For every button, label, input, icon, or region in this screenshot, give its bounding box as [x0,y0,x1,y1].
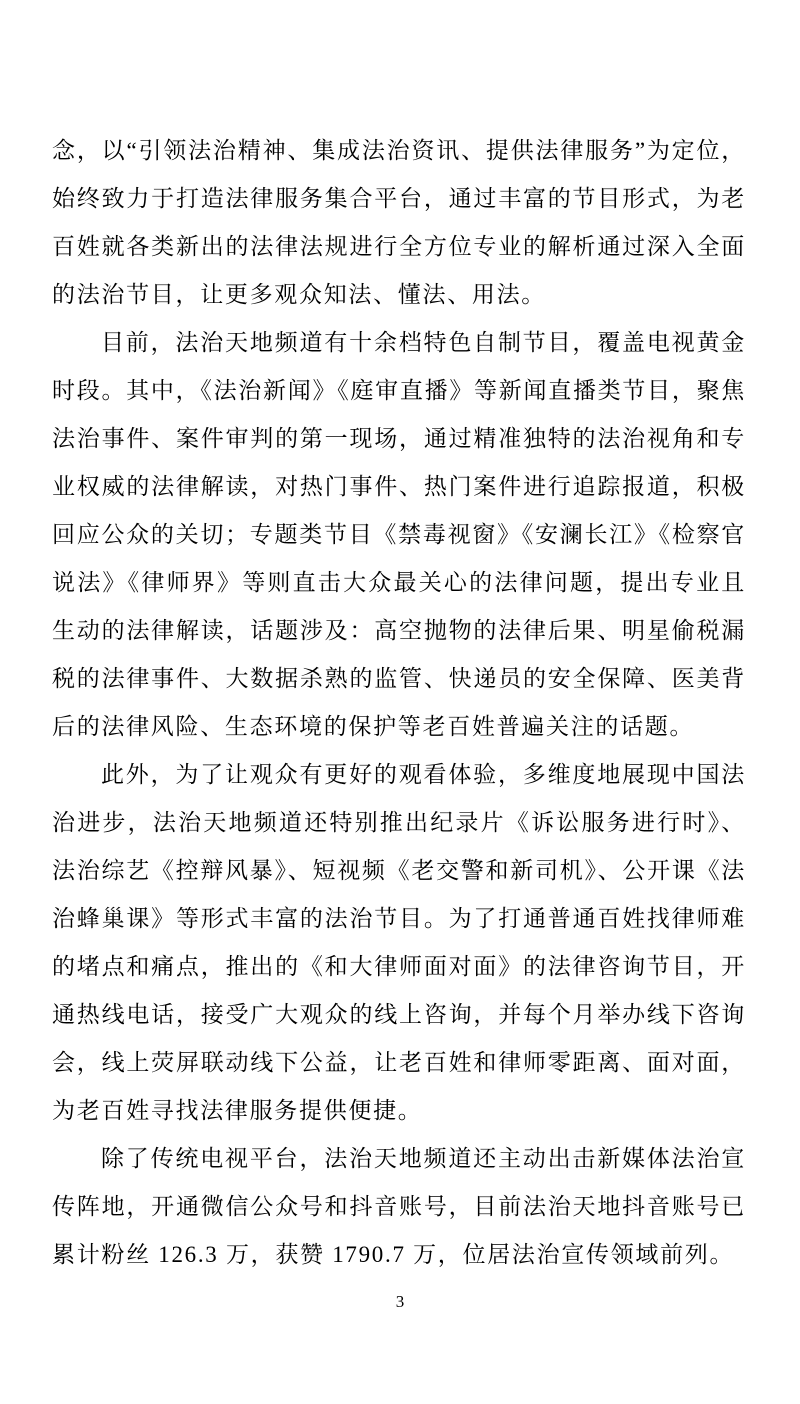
document-body: 念，以“引领法治精神、集成法治资讯、提供法律服务”为定位，始终致力于打造法律服务… [52,127,746,1279]
page-number: 3 [0,1290,800,1314]
paragraph-1: 念，以“引领法治精神、集成法治资讯、提供法律服务”为定位，始终致力于打造法律服务… [52,127,746,319]
document-page: 念，以“引领法治精神、集成法治资讯、提供法律服务”为定位，始终致力于打造法律服务… [0,0,800,1404]
paragraph-2: 目前，法治天地频道有十余档特色自制节目，覆盖电视黄金时段。其中，《法治新闻》《庭… [52,319,746,751]
paragraph-3: 此外，为了让观众有更好的观看体验，多维度地展现中国法治进步，法治天地频道还特别推… [52,751,746,1135]
paragraph-4: 除了传统电视平台，法治天地频道还主动出击新媒体法治宣传阵地，开通微信公众号和抖音… [52,1135,746,1279]
